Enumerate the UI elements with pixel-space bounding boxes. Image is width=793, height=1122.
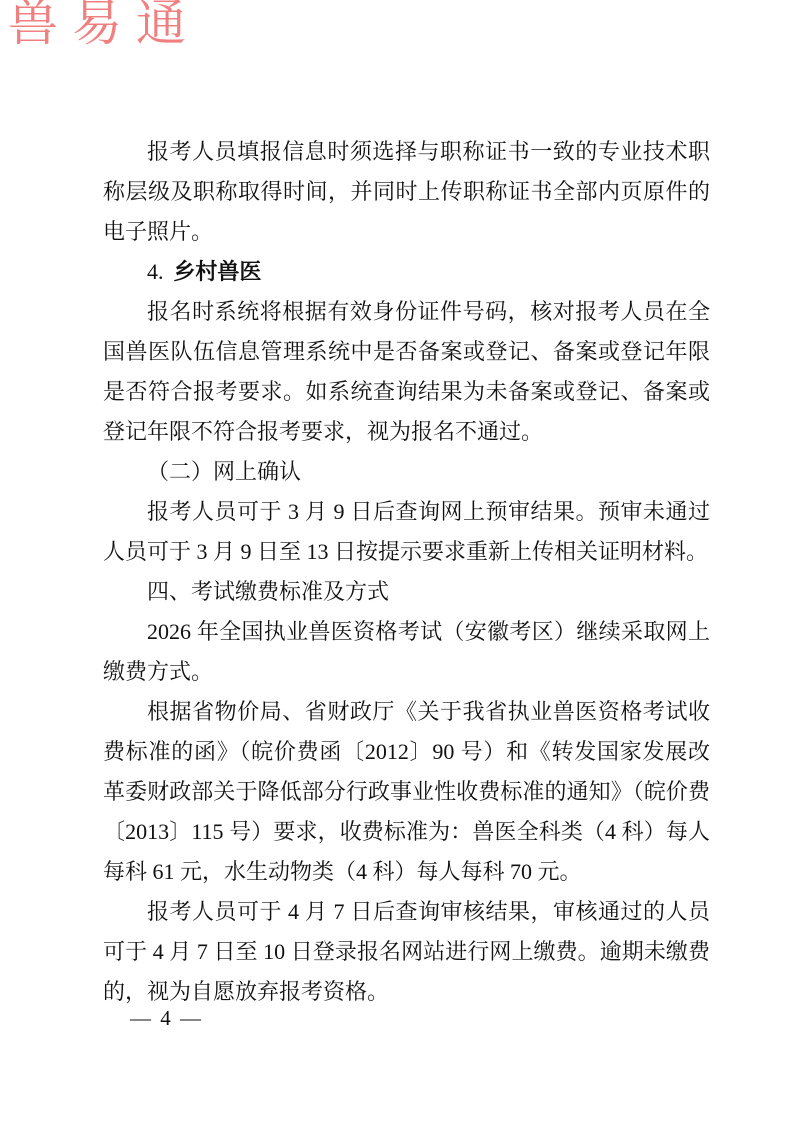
document-sheet: 兽易通 报考人员填报信息时须选择与职称证书一致的专业技术职称层级及职称取得时间，… bbox=[0, 0, 793, 1122]
paragraph-payment-deadline: 报考人员可于 4 月 7 日后查询审核结果，审核通过的人员可于 4 月 7 日至… bbox=[103, 892, 710, 1012]
paragraph-preliminary-review: 报考人员可于 3 月 9 日后查询网上预审结果。预审未通过人员可于 3 月 9 … bbox=[103, 492, 710, 572]
paragraph-rural-vet-verification: 报名时系统将根据有效身份证件号码，核对报考人员在全国兽医队伍信息管理系统中是否备… bbox=[103, 292, 710, 452]
page-number: — 4 — bbox=[130, 1004, 203, 1032]
subheading-online-confirmation: （二）网上确认 bbox=[103, 452, 710, 492]
heading-title: 乡村兽医 bbox=[173, 259, 261, 284]
heading-exam-fee-standard: 四、考试缴费标准及方式 bbox=[103, 572, 710, 612]
paragraph-fee-standard-detail: 根据省物价局、省财政厅《关于我省执业兽医资格考试收费标准的函》（皖价费函〔201… bbox=[103, 692, 710, 892]
paragraph-title-upload-requirement: 报考人员填报信息时须选择与职称证书一致的专业技术职称层级及职称取得时间，并同时上… bbox=[103, 132, 710, 252]
watermark-text: 兽易通 bbox=[8, 0, 200, 53]
paragraph-online-payment: 2026 年全国执业兽医资格考试（安徽考区）继续采取网上缴费方式。 bbox=[103, 612, 710, 692]
heading-number: 4. bbox=[147, 259, 164, 284]
heading-rural-veterinarian: 4.乡村兽医 bbox=[103, 252, 710, 292]
